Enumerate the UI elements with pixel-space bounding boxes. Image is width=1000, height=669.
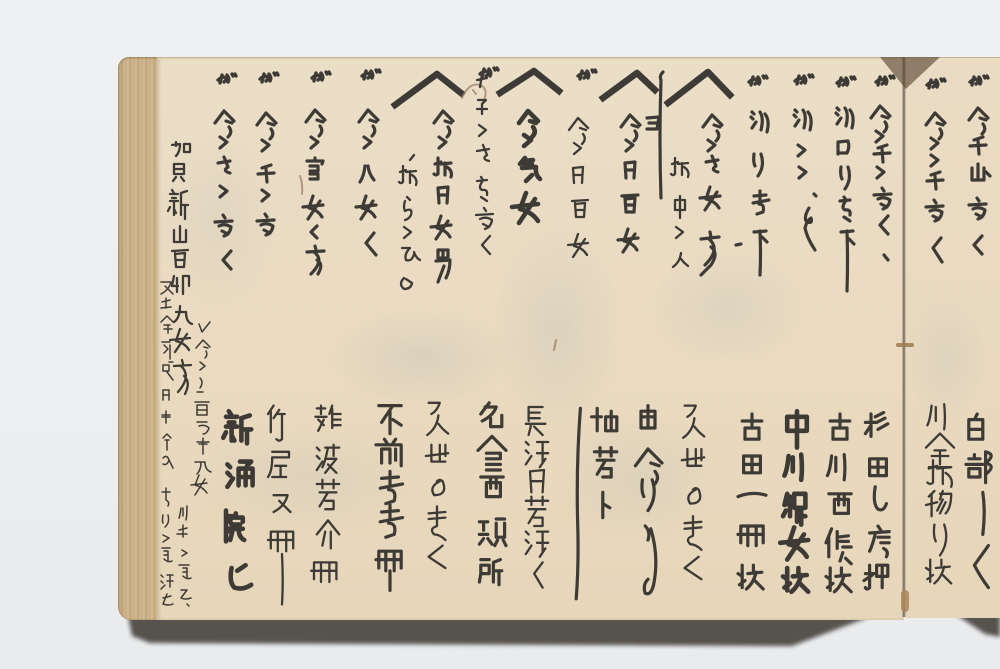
left-upper-column-9: 今〻月百女: [568, 118, 588, 257]
margin-note-3: 川年〻夏之: [177, 506, 191, 606]
note-strokes: [191, 322, 211, 495]
left-lower-column-8: 長瀬見堺瀬く: [526, 407, 548, 588]
margin-note-2: レ今〻百高平九安: [191, 322, 211, 495]
left-upper-column-13: 振ら〻み: [399, 155, 420, 289]
left-upper-column-10: 今〻気女: [512, 111, 540, 223]
left-lower-column-9: 名倉西頭所: [478, 403, 506, 585]
he-mark-glyphs: [395, 71, 730, 105]
column-strokes: [618, 115, 640, 252]
left-upper-column-4: 沈り者下: [736, 112, 769, 275]
left-upper-column-5: 今〻さ安方: [700, 115, 722, 275]
column-strokes: [526, 407, 548, 588]
column-strokes: [736, 112, 769, 275]
column-strokes: [966, 414, 991, 588]
column-strokes: [568, 118, 588, 257]
left-upper-column-16: 今〻千〻高: [257, 113, 276, 235]
right-upper-column-1: 今年山高く: [969, 108, 990, 254]
column-strokes: [794, 110, 816, 250]
left-lower-column-7: 柚若り: [576, 408, 617, 598]
column-strokes: [512, 111, 540, 223]
column-strokes: [268, 406, 293, 605]
left-upper-column-1: 今〻千〻高く、: [871, 106, 891, 260]
column-strokes: [969, 108, 990, 254]
column-strokes: [223, 411, 252, 588]
column-strokes: [215, 111, 234, 269]
column-strokes: [864, 413, 889, 589]
left-upper-column-3: 沈〻〻く: [794, 110, 816, 250]
margin-note-1: 又千〻金呂部卯日六月: [161, 282, 173, 468]
left-upper-column-2: 沈印りを下: [836, 108, 854, 291]
left-upper-column-15: 今〻宮安く方: [303, 110, 325, 274]
left-lower-column-3: 中川綿安状: [780, 411, 808, 592]
left-upper-column-18: 加賀新山百卯九安方: [168, 142, 192, 394]
column-strokes: [700, 115, 722, 275]
column-strokes: [682, 406, 704, 580]
column-strokes: [671, 158, 689, 267]
column-strokes: [576, 408, 617, 598]
left-lower-column-2: 古川西傾状: [826, 414, 851, 592]
left-upper-column-17: 今〻ま〻高く: [215, 111, 234, 269]
right-lower-column-2: 川金揃物り状: [926, 404, 954, 583]
column-strokes: [826, 414, 851, 592]
column-strokes: [426, 403, 448, 568]
right-lower-column-1: 白部りく: [966, 414, 991, 588]
note-strokes: [177, 506, 191, 606]
column-strokes: [871, 106, 891, 260]
left-lower-column-13: 竹屋又冊: [268, 406, 293, 605]
column-strokes: [780, 411, 808, 592]
note-strokes: [161, 488, 173, 605]
calligraphy-layer: 今〻千〻高く、 沈印りを下 沈〻〻く 沈り者下 今〻さ安方 振申〻人 丑 今〻月…: [0, 0, 1000, 669]
column-strokes: [738, 414, 766, 589]
column-strokes: [476, 75, 493, 254]
column-strokes: [431, 111, 453, 282]
margin-note-4: あり〻夏沙を: [161, 488, 173, 605]
left-upper-column-12: 今〻振日安男: [431, 111, 453, 282]
left-lower-column-5: フ人世のまく: [682, 406, 704, 580]
left-lower-column-11: 不前者者冊: [376, 406, 403, 591]
left-lower-column-10: フ人世のまく: [426, 403, 448, 568]
column-strokes: [257, 113, 276, 235]
column-strokes: [926, 404, 954, 583]
column-strokes: [926, 113, 945, 262]
note-strokes: [161, 282, 173, 468]
left-upper-column-11: ナ子〻さを高く: [476, 75, 493, 254]
right-upper-column-2: 今〻〻千高く: [926, 113, 945, 262]
column-strokes: [399, 155, 420, 289]
left-lower-column-4: 古田一冊状: [738, 414, 766, 589]
column-strokes: [356, 110, 378, 255]
ka-marks-row: [218, 68, 988, 88]
column-strokes: [311, 406, 340, 582]
left-lower-column-6: 由今り〻り: [635, 406, 662, 594]
left-upper-column-6: 振申〻人: [671, 158, 689, 267]
left-lower-column-1: 杉田り彦押: [864, 413, 889, 589]
left-upper-column-8: 今〻月百女: [618, 115, 640, 252]
column-strokes: [376, 406, 403, 591]
left-upper-column-14: 今〻八安く: [356, 110, 378, 255]
column-strokes: [635, 406, 662, 594]
column-strokes: [168, 142, 192, 394]
ka-mark-glyphs: [218, 68, 988, 88]
column-strokes: [478, 403, 506, 585]
left-lower-column-12: 難波若介冊: [311, 406, 340, 582]
column-strokes: [836, 108, 854, 291]
left-lower-column-14: 新涌院: [223, 411, 252, 588]
column-strokes: [303, 110, 325, 274]
he-marks: [395, 71, 730, 105]
